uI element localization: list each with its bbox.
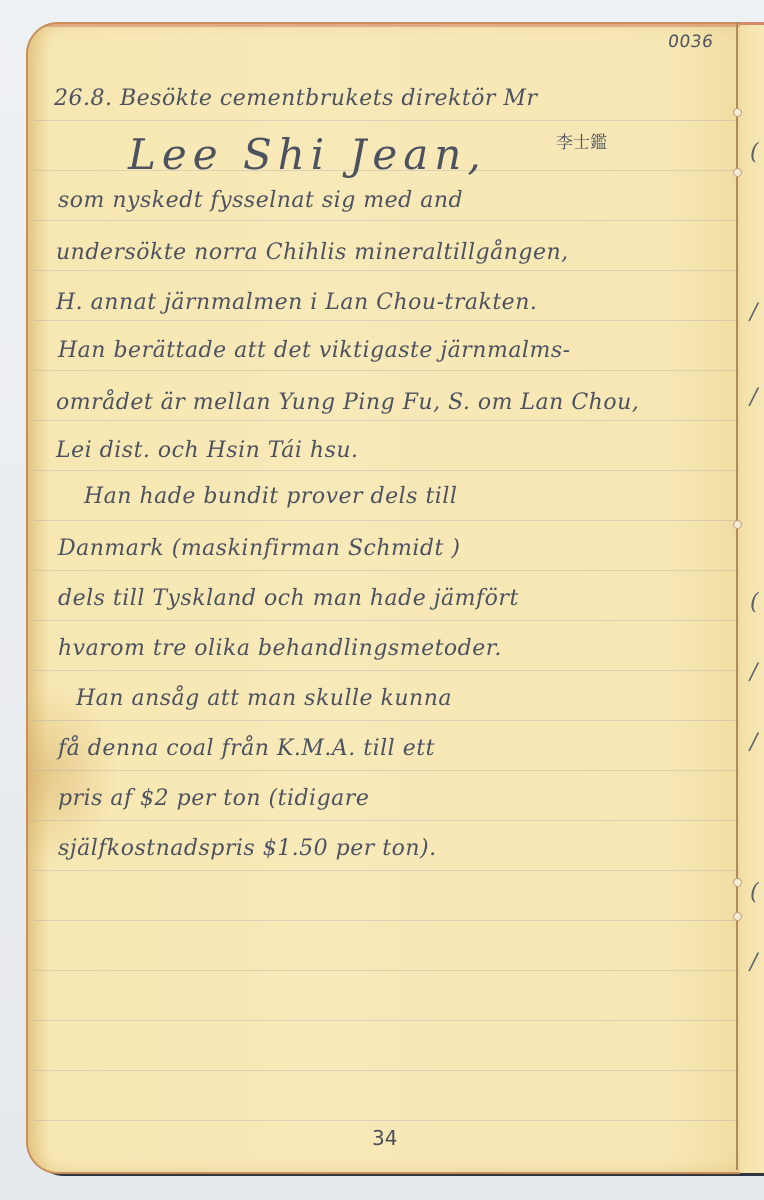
chinese-annotation: 李士鑑 <box>556 128 607 153</box>
handwritten-line: 26.8. Besökte cementbrukets direktör Mr <box>54 86 537 111</box>
binding-stitch <box>733 878 742 887</box>
rule-line <box>34 820 740 821</box>
rule-line <box>34 1120 740 1121</box>
binding-stitch <box>733 520 742 529</box>
rule-line <box>34 870 740 871</box>
binding-stitch <box>733 912 742 921</box>
rule-line <box>34 770 740 771</box>
rule-line <box>34 520 740 521</box>
handwritten-line: pris af $2 per ton (tidigare <box>58 786 369 811</box>
handwritten-line: Lei dist. och Hsin Tái hsu. <box>56 438 359 463</box>
rule-line <box>34 570 740 571</box>
handwritten-line: hvarom tre olika behandlingsmetoder. <box>58 636 502 661</box>
adjacent-page-glyph: ( <box>750 590 759 615</box>
page-number: 34 <box>372 1126 397 1150</box>
rule-line <box>34 320 740 321</box>
folio-stamp: 0036 <box>667 32 715 52</box>
rule-line <box>34 270 740 271</box>
handwritten-name: Lee Shi Jean, <box>128 130 487 179</box>
adjacent-page-glyph: ( <box>750 140 759 165</box>
adjacent-page-glyph: / <box>750 300 757 325</box>
rule-line <box>34 470 740 471</box>
handwritten-line: H. annat järnmalmen i Lan Chou-trakten. <box>56 290 537 315</box>
handwritten-line: som nyskedt fysselnat sig med and <box>58 188 463 213</box>
handwritten-line: Danmark (maskinfirman Schmidt ) <box>58 536 460 561</box>
binding-stitch <box>733 168 742 177</box>
rule-line <box>34 420 740 421</box>
handwritten-line: själfkostnadspris $1.50 per ton). <box>58 836 437 861</box>
rule-line <box>34 970 740 971</box>
handwritten-line: dels till Tyskland och man hade jämfört <box>58 586 519 611</box>
handwritten-line: få denna coal från K.M.A. till ett <box>58 736 435 761</box>
adjacent-page-glyph: ( <box>750 880 759 905</box>
rule-line <box>34 120 740 121</box>
handwritten-line: Han ansåg att man skulle kunna <box>76 686 452 711</box>
adjacent-page-glyph: / <box>750 950 757 975</box>
rule-line <box>34 1070 740 1071</box>
rule-line <box>34 720 740 721</box>
rule-line <box>34 1020 740 1021</box>
adjacent-page-glyph: / <box>750 660 757 685</box>
handwritten-line: undersökte norra Chihlis mineraltillgång… <box>56 240 569 265</box>
rule-line <box>34 220 740 221</box>
rule-line <box>34 920 740 921</box>
handwritten-line: Han berättade att det viktigaste järnmal… <box>58 338 571 363</box>
rule-line <box>34 370 740 371</box>
binding-stitch <box>733 108 742 117</box>
handwritten-line: området är mellan Yung Ping Fu, S. om La… <box>56 390 639 415</box>
binding-spine <box>736 22 738 1170</box>
handwritten-line: Han hade bundit prover dels till <box>84 484 457 509</box>
adjacent-page-glyph: / <box>750 385 757 410</box>
rule-line <box>34 670 740 671</box>
adjacent-page-glyph: / <box>750 730 757 755</box>
rule-line <box>34 620 740 621</box>
